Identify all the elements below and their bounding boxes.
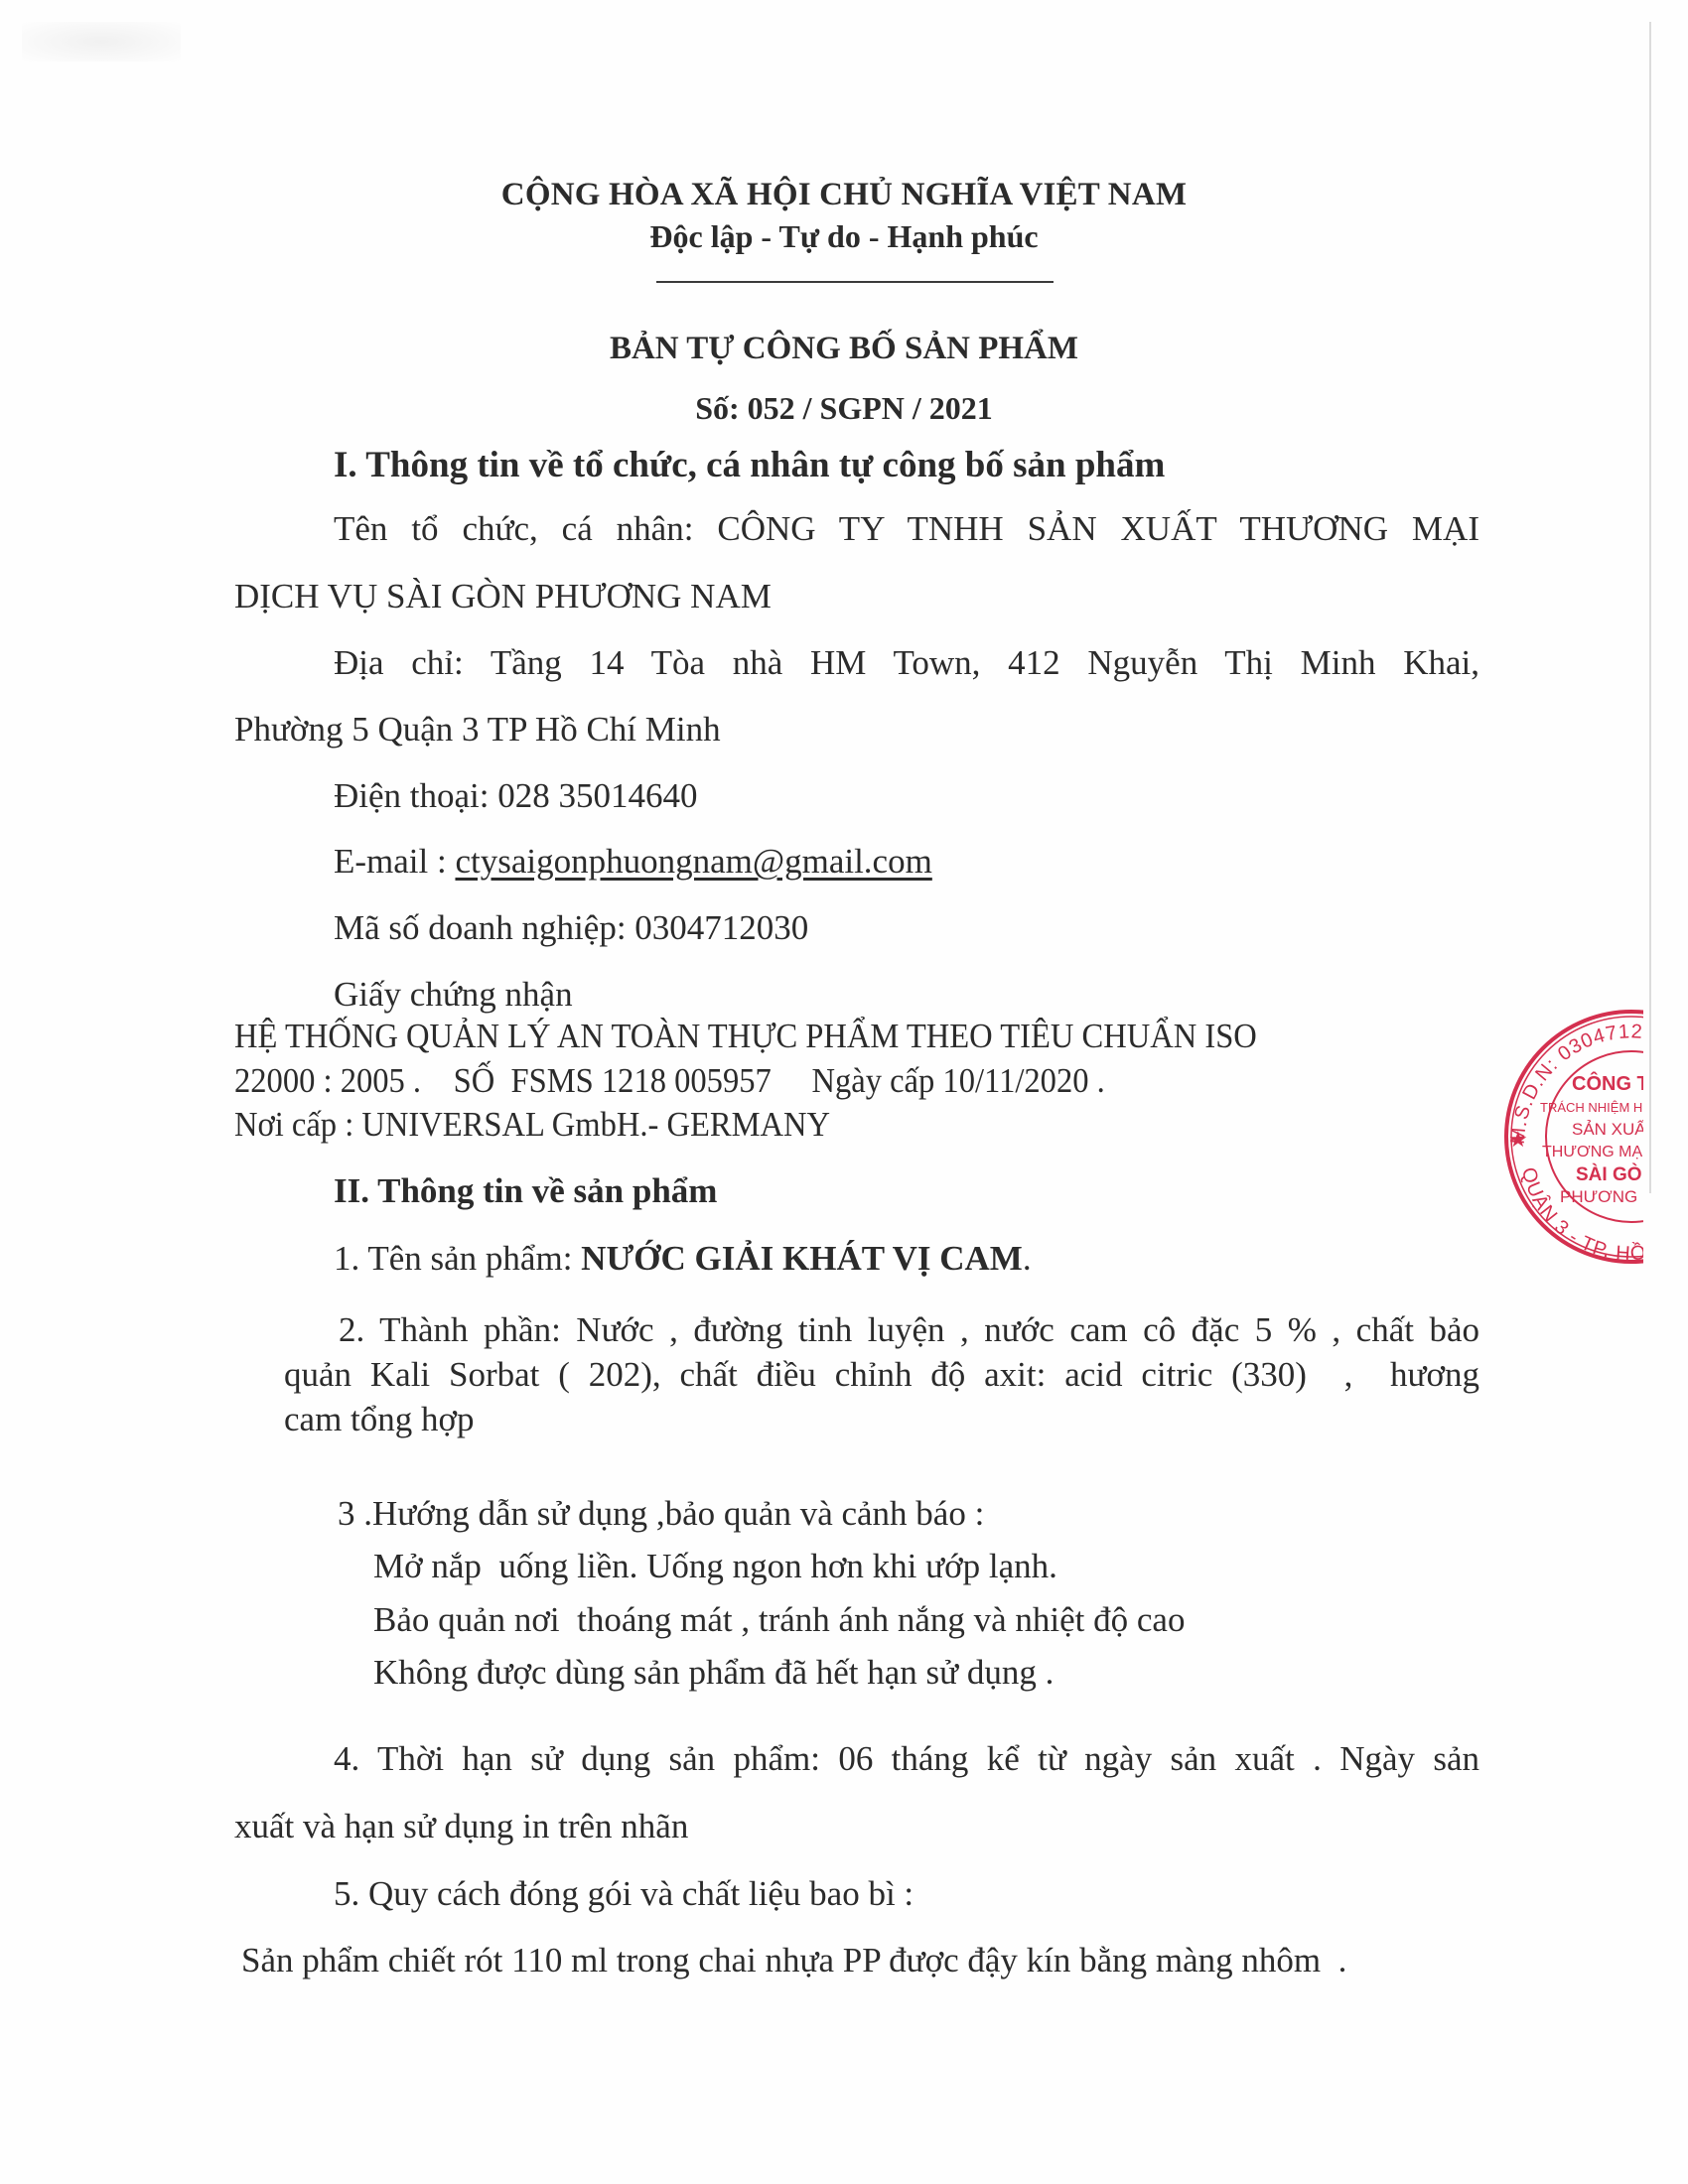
org-name-line1: Tên tổ chức, cá nhân: CÔNG TY TNHH SẢN X… (334, 509, 1479, 549)
section2-heading: II. Thông tin về sản phẩm (334, 1171, 717, 1211)
stamp-seal-icon: M.S.D.N: 03047120 QUẬN 3 - TP. HỒ ★ CÔNG… (1484, 996, 1643, 1264)
document-title: BẢN TỰ CÔNG BỐ SẢN PHẨM (0, 331, 1688, 367)
svg-text:SÀI GÒ: SÀI GÒ (1576, 1163, 1642, 1185)
usage-line-2: Bảo quản nơi thoáng mát , tránh ánh nắng… (373, 1600, 1185, 1640)
svg-text:SẢN XUẤ: SẢN XUẤ (1572, 1120, 1643, 1139)
ingredients-line2: quản Kali Sorbat ( 202), chất điều chỉnh… (284, 1355, 1479, 1395)
product-name-label: 1. Tên sản phẩm: (334, 1239, 581, 1278)
product-name-line: 1. Tên sản phẩm: NƯỚC GIẢI KHÁT VỊ CAM. (334, 1239, 1032, 1279)
usage-line-1: Mở nắp uống liền. Uống ngon hơn khi ướp … (373, 1547, 1057, 1586)
ingredients-line1: 2. Thành phần: Nước , đường tinh luyện ,… (339, 1310, 1479, 1350)
usage-line-3: Không được dùng sản phẩm đã hết hạn sử d… (373, 1653, 1054, 1693)
nation-header: CỘNG HÒA XÃ HỘI CHỦ NGHĨA VIỆT NAM (0, 177, 1688, 213)
certificate-label: Giấy chứng nhận (334, 975, 573, 1015)
email-label: E-mail : (334, 842, 455, 881)
packaging-text: Sản phẩm chiết rót 110 ml trong chai nhự… (241, 1941, 1346, 1980)
motto-header: Độc lập - Tự do - Hạnh phúc (0, 218, 1688, 255)
email-line: E-mail : ctysaigonphuongnam@gmail.com (334, 842, 932, 882)
business-code-line: Mã số doanh nghiệp: 0304712030 (334, 908, 808, 948)
address-line2: Phường 5 Quận 3 TP Hồ Chí Minh (234, 710, 721, 750)
section1-heading: I. Thông tin về tổ chức, cá nhân tự công… (334, 444, 1165, 486)
document-number: Số: 052 / SGPN / 2021 (0, 390, 1688, 427)
svg-text:TRÁCH NHIỆM H: TRÁCH NHIỆM H (1540, 1100, 1642, 1115)
company-stamp: M.S.D.N: 03047120 QUẬN 3 - TP. HỒ ★ CÔNG… (1484, 996, 1643, 1264)
certificate-line2: 22000 : 2005 . SỐ FSMS 1218 005957 Ngày … (234, 1061, 1105, 1101)
phone-line: Điện thoại: 028 35014640 (334, 776, 698, 816)
product-name-value: NƯỚC GIẢI KHÁT VỊ CAM (581, 1239, 1023, 1278)
svg-text:CÔNG T: CÔNG T (1572, 1071, 1643, 1095)
shelf-life-line2: xuất và hạn sử dụng in trên nhãn (234, 1807, 688, 1846)
packaging-heading: 5. Quy cách đóng gói và chất liệu bao bì… (334, 1874, 914, 1914)
certificate-issuer: Nơi cấp : UNIVERSAL GmbH.- GERMANY (234, 1105, 830, 1145)
ingredients-line3: cam tổng hợp (284, 1400, 475, 1439)
svg-text:PHƯƠNG N: PHƯƠNG N (1560, 1187, 1643, 1206)
product-name-suffix: . (1023, 1239, 1032, 1278)
document-page: CỘNG HÒA XÃ HỘI CHỦ NGHĨA VIỆT NAM Độc l… (0, 0, 1688, 2184)
svg-text:★: ★ (1508, 1127, 1528, 1152)
scan-smudge (22, 22, 181, 62)
certificate-line1: HỆ THỐNG QUẢN LÝ AN TOÀN THỰC PHẨM THEO … (234, 1017, 1257, 1056)
header-divider (656, 281, 1054, 283)
org-name-line2: DỊCH VỤ SÀI GÒN PHƯƠNG NAM (234, 577, 772, 616)
address-line1: Địa chỉ: Tầng 14 Tòa nhà HM Town, 412 Ng… (334, 643, 1479, 683)
usage-heading: 3 .Hướng dẫn sử dụng ,bảo quản và cảnh b… (338, 1494, 984, 1534)
shelf-life-line1: 4. Thời hạn sử dụng sản phẩm: 06 tháng k… (334, 1739, 1479, 1779)
email-link[interactable]: ctysaigonphuongnam@gmail.com (455, 842, 931, 881)
svg-text:THƯƠNG MẠI D: THƯƠNG MẠI D (1542, 1144, 1643, 1160)
